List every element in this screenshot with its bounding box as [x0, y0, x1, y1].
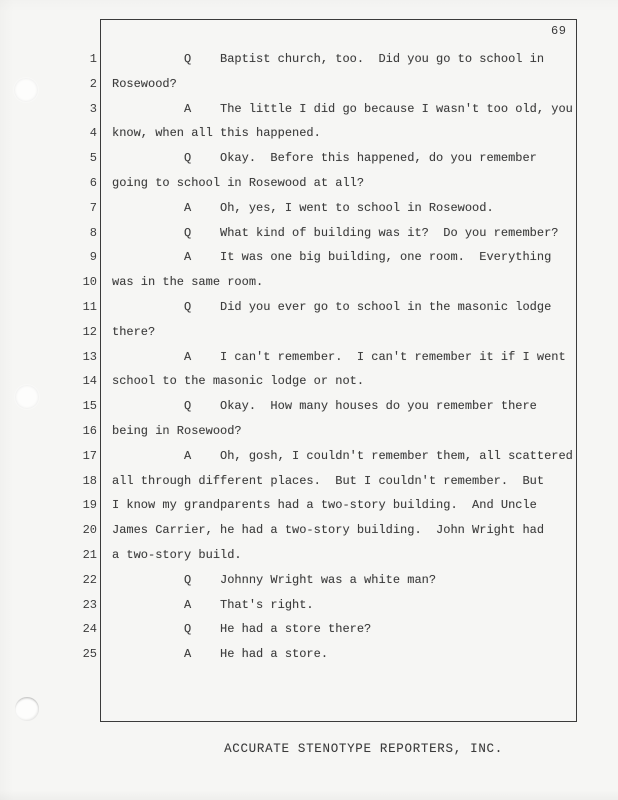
transcript-line: 14 school to the masonic lodge or not. [0, 369, 618, 394]
line-number: 20 [0, 518, 97, 543]
line-text: A I can't remember. I can't remember it … [97, 345, 566, 370]
line-number: 1 [0, 47, 97, 72]
line-number: 11 [0, 295, 97, 320]
hole-punch-bottom [15, 697, 39, 721]
line-number: 25 [0, 642, 97, 667]
line-number: 6 [0, 171, 97, 196]
line-text: all through different places. But I coul… [97, 469, 544, 494]
line-number: 14 [0, 369, 97, 394]
transcript-line: 11 Q Did you ever go to school in the ma… [0, 295, 618, 320]
line-text: Rosewood? [97, 72, 177, 97]
line-number: 3 [0, 97, 97, 122]
transcript-line: 1 Q Baptist church, too. Did you go to s… [0, 47, 618, 72]
line-text: Q Baptist church, too. Did you go to sch… [97, 47, 544, 72]
line-number: 23 [0, 593, 97, 618]
transcript-line: 8 Q What kind of building was it? Do you… [0, 221, 618, 246]
transcript-line: 24 Q He had a store there? [0, 617, 618, 642]
transcript-line: 23 A That's right. [0, 593, 618, 618]
line-text: know, when all this happened. [97, 121, 321, 146]
transcript-line: 15 Q Okay. How many houses do you rememb… [0, 394, 618, 419]
line-number: 19 [0, 493, 97, 518]
transcript-line: 22 Q Johnny Wright was a white man? [0, 568, 618, 593]
line-number: 17 [0, 444, 97, 469]
line-number: 22 [0, 568, 97, 593]
transcript-line: 17 A Oh, gosh, I couldn't remember them,… [0, 444, 618, 469]
transcript-line: 3 A The little I did go because I wasn't… [0, 97, 618, 122]
line-text: being in Rosewood? [97, 419, 242, 444]
document-page: 69 1 Q Baptist church, too. Did you go t… [0, 0, 618, 800]
line-number: 15 [0, 394, 97, 419]
transcript-line: 19 I know my grandparents had a two-stor… [0, 493, 618, 518]
transcript-line: 2 Rosewood? [0, 72, 618, 97]
transcript-line: 7 A Oh, yes, I went to school in Rosewoo… [0, 196, 618, 221]
line-number: 21 [0, 543, 97, 568]
line-text: Q He had a store there? [97, 617, 371, 642]
transcript-line: 13 A I can't remember. I can't remember … [0, 345, 618, 370]
line-number: 16 [0, 419, 97, 444]
line-text: school to the masonic lodge or not. [97, 369, 364, 394]
transcript-line: 18 all through different places. But I c… [0, 469, 618, 494]
transcript-lines: 1 Q Baptist church, too. Did you go to s… [0, 47, 618, 667]
line-number: 18 [0, 469, 97, 494]
line-text: James Carrier, he had a two-story buildi… [97, 518, 544, 543]
line-text: Q Okay. Before this happened, do you rem… [97, 146, 537, 171]
line-text: Q Did you ever go to school in the mason… [97, 295, 551, 320]
line-text: A It was one big building, one room. Eve… [97, 245, 551, 270]
line-number: 13 [0, 345, 97, 370]
line-number: 9 [0, 245, 97, 270]
line-text: Q What kind of building was it? Do you r… [97, 221, 558, 246]
line-number: 5 [0, 146, 97, 171]
line-text: Q Johnny Wright was a white man? [97, 568, 436, 593]
transcript-line: 20 James Carrier, he had a two-story bui… [0, 518, 618, 543]
transcript-line: 6 going to school in Rosewood at all? [0, 171, 618, 196]
transcript-line: 10 was in the same room. [0, 270, 618, 295]
transcript-line: 16 being in Rosewood? [0, 419, 618, 444]
line-number: 4 [0, 121, 97, 146]
line-text: a two-story build. [97, 543, 242, 568]
transcript-line: 25 A He had a store. [0, 642, 618, 667]
line-number: 7 [0, 196, 97, 221]
line-number: 8 [0, 221, 97, 246]
line-text: there? [97, 320, 155, 345]
line-number: 2 [0, 72, 97, 97]
line-text: Q Okay. How many houses do you remember … [97, 394, 537, 419]
line-number: 12 [0, 320, 97, 345]
line-text: going to school in Rosewood at all? [97, 171, 364, 196]
transcript-line: 5 Q Okay. Before this happened, do you r… [0, 146, 618, 171]
line-number: 10 [0, 270, 97, 295]
line-text: A He had a store. [97, 642, 328, 667]
transcript-line: 9 A It was one big building, one room. E… [0, 245, 618, 270]
line-text: A Oh, gosh, I couldn't remember them, al… [97, 444, 573, 469]
line-text: A Oh, yes, I went to school in Rosewood. [97, 196, 494, 221]
transcript-line: 21 a two-story build. [0, 543, 618, 568]
transcript-line: 12 there? [0, 320, 618, 345]
line-number: 24 [0, 617, 97, 642]
footer-text: ACCURATE STENOTYPE REPORTERS, INC. [224, 742, 503, 756]
page-number: 69 [551, 24, 566, 38]
line-text: A The little I did go because I wasn't t… [97, 97, 573, 122]
line-text: was in the same room. [97, 270, 263, 295]
line-text: A That's right. [97, 593, 314, 618]
transcript-line: 4 know, when all this happened. [0, 121, 618, 146]
line-text: I know my grandparents had a two-story b… [97, 493, 537, 518]
reporter-footer: ACCURATE STENOTYPE REPORTERS, INC. [125, 742, 602, 756]
